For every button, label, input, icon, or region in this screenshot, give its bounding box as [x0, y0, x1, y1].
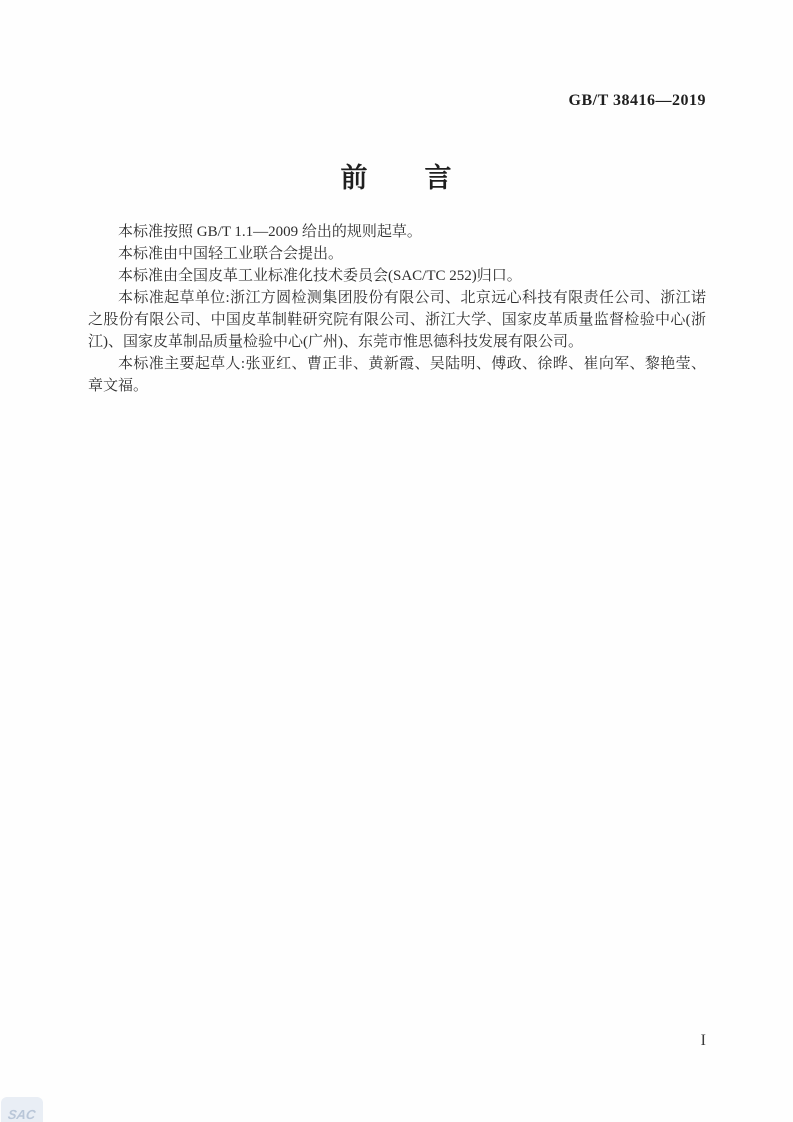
- sac-watermark-text: SAC: [7, 1107, 37, 1122]
- page-number: I: [606, 1032, 706, 1050]
- foreword-paragraph-5: 本标准主要起草人:张亚红、曹正非、黄新霞、吴陆明、傅政、徐晔、崔向军、黎艳莹、章…: [88, 353, 706, 397]
- foreword-paragraph-2: 本标准由中国轻工业联合会提出。: [88, 243, 706, 265]
- foreword-paragraph-3: 本标准由全国皮革工业标准化技术委员会(SAC/TC 252)归口。: [88, 265, 706, 287]
- page-title: 前 言: [0, 156, 793, 195]
- sac-watermark-logo: SAC: [1, 1097, 43, 1122]
- foreword-paragraph-4: 本标准起草单位:浙江方圆检测集团股份有限公司、北京远心科技有限责任公司、浙江诺之…: [88, 287, 706, 353]
- foreword-body: 本标准按照 GB/T 1.1—2009 给出的规则起草。 本标准由中国轻工业联合…: [88, 221, 706, 397]
- foreword-paragraph-1: 本标准按照 GB/T 1.1—2009 给出的规则起草。: [88, 221, 706, 243]
- document-page: GB/T 38416—2019 前 言 本标准按照 GB/T 1.1—2009 …: [0, 0, 793, 1122]
- standard-code-header: GB/T 38416—2019: [88, 92, 706, 110]
